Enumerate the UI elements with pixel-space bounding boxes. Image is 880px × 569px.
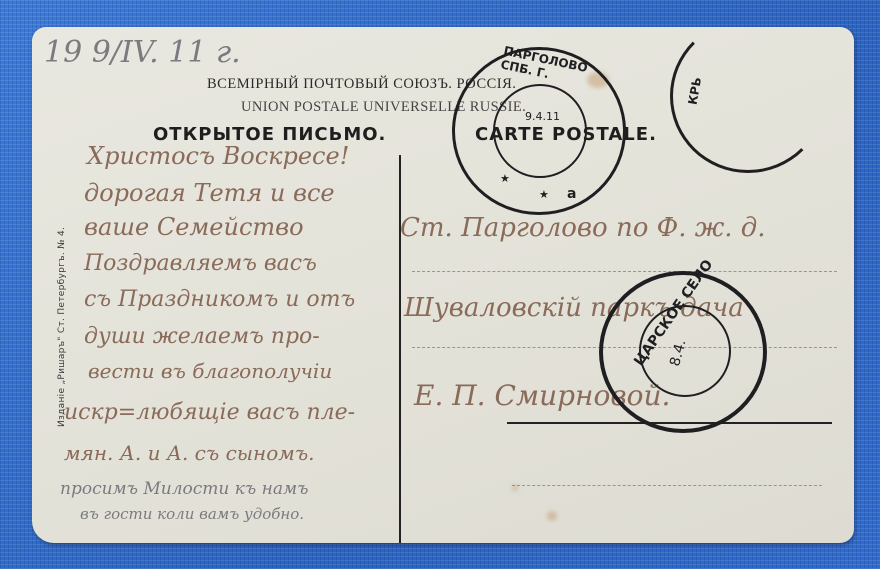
- postmark-tsarskoe-selo: ЦАРСКОЕ СЕЛО 8.4.: [599, 271, 767, 433]
- message-line: души желаемъ про-: [84, 324, 320, 349]
- message-line: искр=любящіе васъ пле-: [64, 400, 355, 425]
- postmark-pargolovo: ПАРГОЛОВО СПБ. Г. 9.4.11 а ★ ★: [452, 47, 626, 215]
- stain: [547, 511, 557, 521]
- message-line: Поздравляемъ васъ: [84, 251, 317, 276]
- message-line: съ Праздникомъ и отъ: [84, 287, 355, 312]
- message-line: просимъ Милости къ намъ: [60, 479, 308, 499]
- message-line: дорогая Тетя и все: [84, 179, 335, 207]
- message-line: Христосъ Воскресе!: [87, 142, 349, 170]
- date-note: 19 9/IV. 11 г.: [44, 35, 241, 70]
- address-line-1: [412, 271, 837, 272]
- message-line: мян. А. и А. съ сыномъ.: [64, 441, 315, 465]
- address-line-4: [512, 485, 822, 486]
- message-line: въ гости коли вамъ удобно.: [80, 505, 304, 523]
- message-line: вести въ благополучіи: [88, 359, 332, 383]
- postmark-partial: КРЬ: [670, 27, 826, 173]
- address-station: Ст. Парголово по Ф. ж. д.: [400, 213, 766, 243]
- message-line: ваше Семейство: [84, 213, 304, 241]
- postcard: 19 9/IV. 11 г. ВСЕМІРНЫЙ ПОЧТОВЫЙ СОЮЗЪ.…: [32, 27, 854, 543]
- publisher-imprint: Изданіе „Ришаръ" Ст. Петербургъ. № 4.: [57, 227, 67, 427]
